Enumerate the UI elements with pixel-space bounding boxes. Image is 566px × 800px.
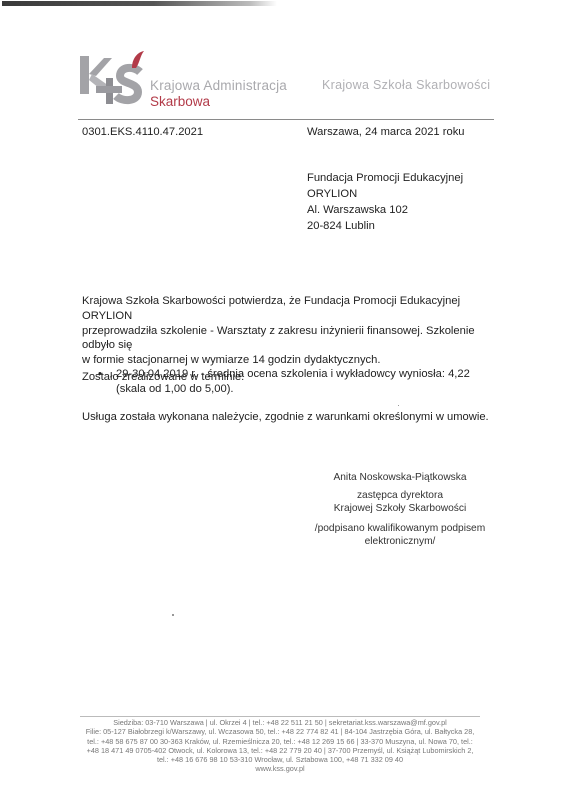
recipient-line: ORYLION — [307, 186, 463, 202]
org-name-line2: Skarbowa — [150, 94, 210, 109]
scan-speck — [398, 405, 399, 406]
body-line: przeprowadziła szkolenie - Warsztaty z z… — [82, 324, 502, 354]
footer-divider — [80, 716, 480, 717]
footer-website: www.kss.gov.pl — [70, 764, 490, 773]
body-line: w formie stacjonarnej w wymiarze 14 godz… — [82, 353, 502, 368]
footer-line: Siedziba: 03-710 Warszawa | ul. Okrzei 4… — [70, 718, 490, 727]
bullet-icon: • — [98, 367, 102, 382]
recipient-line: Al. Warszawska 102 — [307, 202, 463, 218]
footer-line: +48 18 471 49 0705-402 Otwock, ul. Kolor… — [70, 746, 490, 755]
kas-logo-icon — [78, 48, 150, 108]
header-divider — [78, 119, 494, 120]
bullet-line: 29-30.04.2019 r. - średnia ocena szkolen… — [116, 367, 496, 382]
footer-line: tel.: +48 16 676 98 10 53-310 Wrocław, u… — [70, 755, 490, 764]
signer-name: Anita Noskowska-Piątkowska — [300, 472, 500, 483]
body-line: Krajowa Szkoła Skarbowości potwierdza, ż… — [82, 294, 502, 324]
signature-note-cont: elektronicznym/ — [300, 535, 500, 548]
footer-line: tel.: +48 58 675 87 00 30-363 Kraków, ul… — [70, 737, 490, 746]
signature-note: /podpisano kwalifikowanym podpisem — [300, 522, 500, 535]
signature-block: Anita Noskowska-Piątkowska zastępca dyre… — [300, 472, 500, 548]
recipient-address: Fundacja Promocji Edukacyjnej ORYLION Al… — [307, 170, 463, 234]
place-date: Warszawa, 24 marca 2021 roku — [307, 126, 465, 138]
footer-line: Filie: 05-127 Białobrzegi k/Warszawy, ul… — [70, 727, 490, 736]
reference-number: 0301.EKS.4110.47.2021 — [82, 126, 203, 138]
recipient-line: 20-824 Lublin — [307, 218, 463, 234]
recipient-line: Fundacja Promocji Edukacyjnej — [307, 170, 463, 186]
footer-contact: Siedziba: 03-710 Warszawa | ul. Okrzei 4… — [70, 718, 490, 774]
scan-edge-bar — [2, 1, 277, 6]
bullet-line: (skala od 1,00 do 5,00). — [116, 382, 496, 397]
closing-statement: Usługa została wykonana należycie, zgodn… — [82, 411, 489, 423]
org-name-line1: Krajowa Administracja — [150, 78, 287, 93]
school-name: Krajowa Szkoła Skarbowości — [322, 78, 490, 92]
signer-role: zastępca dyrektora — [300, 489, 500, 502]
scan-speck — [172, 614, 174, 616]
signer-institution: Krajowej Szkoły Skarbowości — [300, 502, 500, 515]
